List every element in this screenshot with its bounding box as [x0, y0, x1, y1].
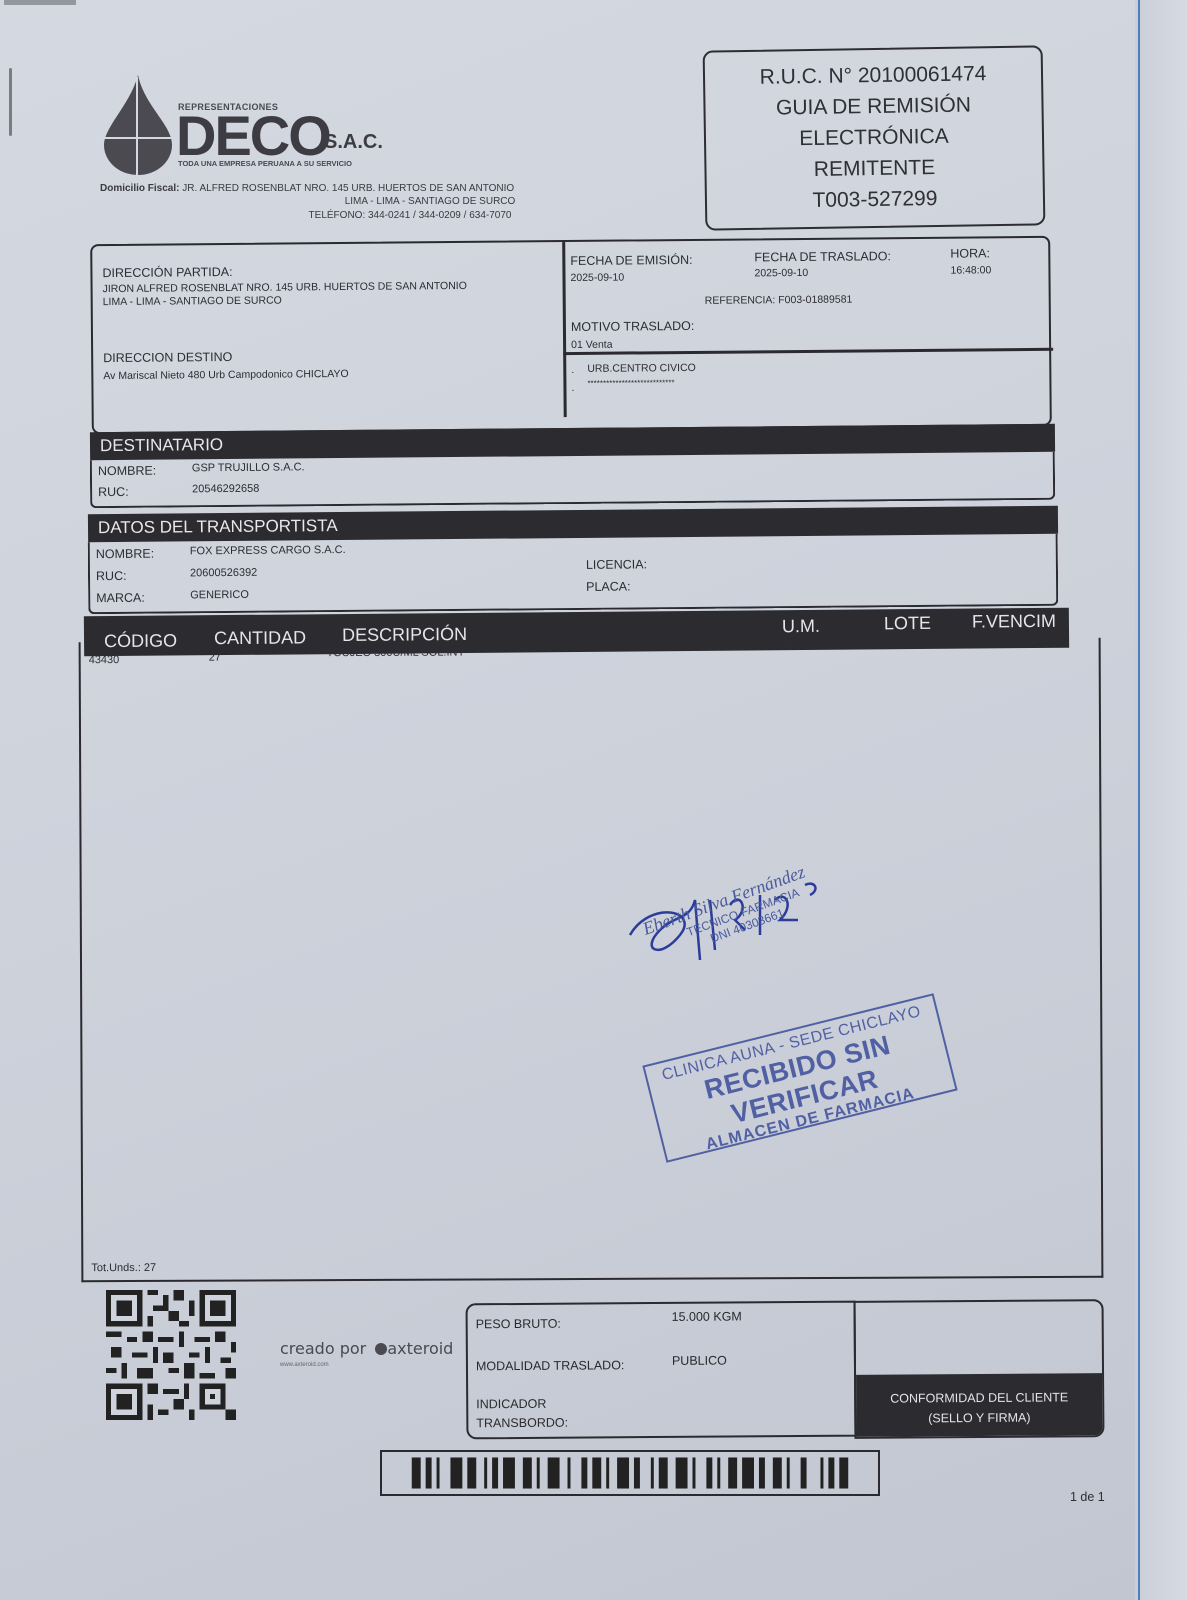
- destino-label: DIRECCION DESTINO: [103, 350, 232, 365]
- col-vencim: F.VENCIM: [972, 611, 1056, 633]
- creator-credit: creado por axteroid: [280, 1339, 453, 1358]
- logo-tagline: TODA UNA EMPRESA PERUANA A SU SERVICIO: [178, 159, 352, 168]
- conformity-line1: CONFORMIDAD DEL CLIENTE: [856, 1387, 1102, 1409]
- fiscal-address-value: JR. ALFRED ROSENBLAT NRO. 145 URB. HUERT…: [182, 183, 514, 194]
- partida-label: DIRECCIÓN PARTIDA:: [102, 265, 232, 280]
- partida-line2: LIMA - LIMA - SANTIAGO DE SURCO: [103, 295, 282, 309]
- axteroid-brand: axteroid: [387, 1339, 453, 1358]
- hora-label: HORA:: [950, 246, 990, 260]
- bullet: .: [571, 382, 574, 394]
- motivo-value: 01 Venta: [571, 339, 613, 351]
- document-id-box: R.U.C. N° 20100061474 GUIA DE REMISIÓN E…: [703, 45, 1046, 230]
- logo-suffix: S.A.C.: [324, 131, 383, 154]
- trans-nombre-value: FOX EXPRESS CARGO S.A.C.: [190, 544, 346, 557]
- item-descripcion: TOUJEO 300U/ML SOL.INY: [327, 647, 465, 660]
- creator-url: www.axteroid.com: [280, 1362, 329, 1368]
- item-codigo: 43430: [89, 654, 120, 666]
- deco-drop-logo-icon: [100, 75, 172, 175]
- trans-marca-value: GENERICO: [190, 589, 249, 602]
- fiscal-city: LIMA - LIMA - SANTIAGO DE SURCO: [300, 196, 560, 207]
- peso-label: PESO BRUTO:: [476, 1317, 561, 1332]
- modalidad-value: PUBLICO: [672, 1354, 727, 1368]
- bullet: .: [571, 364, 574, 376]
- address-dates-box: DIRECCIÓN PARTIDA: JIRON ALFRED ROSENBLA…: [90, 236, 1052, 434]
- partida-line1: JIRON ALFRED ROSENBLAT NRO. 145 URB. HUE…: [103, 280, 467, 295]
- page-number: 1 de 1: [1070, 1490, 1105, 1504]
- destinatario-box: NOMBRE: GSP TRUJILLO S.A.C. RUC: 2054629…: [90, 452, 1055, 508]
- trans-ruc-value: 20600526392: [190, 567, 257, 580]
- divider: [562, 242, 566, 417]
- doc-number: T003-527299: [707, 181, 1043, 217]
- conformity-line2: (SELLO Y FIRMA): [856, 1407, 1102, 1429]
- fiscal-label: Domicilio Fiscal:: [100, 183, 179, 194]
- indicador-label1: INDICADOR: [476, 1397, 546, 1411]
- adjacent-paper: [1135, 0, 1187, 1600]
- traslado-label: FECHA DE TRASLADO:: [754, 249, 891, 264]
- paper-edge-line: [1138, 0, 1140, 1600]
- referencia: REFERENCIA: F003-01889581: [705, 294, 853, 307]
- fiscal-address: Domicilio Fiscal: JR. ALFRED ROSENBLAT N…: [100, 183, 620, 194]
- dest-ruc-label: RUC:: [98, 485, 129, 499]
- dest-nombre-label: NOMBRE:: [98, 464, 156, 479]
- urb-value: URB.CENTRO CIVICO: [587, 362, 696, 375]
- axteroid-logo-icon: [375, 1343, 387, 1355]
- logo-name: DECO: [176, 108, 330, 164]
- item-cantidad: 27: [209, 652, 221, 664]
- hora-value: 16:48:00: [950, 264, 991, 276]
- urb-mask: ****************************: [587, 378, 674, 388]
- conformity-label: CONFORMIDAD DEL CLIENTE (SELLO Y FIRMA): [856, 1373, 1102, 1437]
- transportista-box: NOMBRE: FOX EXPRESS CARGO S.A.C. RUC: 20…: [88, 534, 1059, 614]
- trans-marca-label: MARCA:: [96, 591, 145, 605]
- indicador-label2: TRANSBORDO:: [476, 1416, 568, 1431]
- motivo-label: MOTIVO TRASLADO:: [571, 319, 695, 334]
- barcode-icon: [380, 1450, 880, 1496]
- peso-value: 15.000 KGM: [672, 1309, 742, 1323]
- staple: [9, 68, 12, 136]
- paper-edge-strip: [4, 0, 76, 5]
- dest-nombre-value: GSP TRUJILLO S.A.C.: [192, 461, 305, 474]
- creado-por-text: creado por: [280, 1339, 366, 1358]
- modalidad-label: MODALIDAD TRASLADO:: [476, 1358, 625, 1373]
- item-um: NIU: [781, 639, 800, 651]
- trans-ruc-label: RUC:: [96, 569, 127, 583]
- traslado-value: 2025-09-10: [754, 267, 808, 279]
- dest-ruc-value: 20546292658: [192, 483, 259, 496]
- item-vencim: 03/2027: [999, 635, 1039, 647]
- transport-info-box: PESO BRUTO: 15.000 KGM MODALIDAD TRASLAD…: [466, 1301, 857, 1440]
- fiscal-phone: TELÉFONO: 344-0241 / 344-0209 / 634-7070: [280, 210, 540, 221]
- trans-nombre-label: NOMBRE:: [96, 547, 154, 562]
- emision-label: FECHA DE EMISIÓN:: [570, 253, 692, 268]
- destino-value: Av Mariscal Nieto 480 Urb Campodonico CH…: [103, 368, 348, 382]
- item-lote: 4F284A: [905, 636, 944, 648]
- client-conformity-box: CONFORMIDAD DEL CLIENTE (SELLO Y FIRMA): [854, 1299, 1105, 1439]
- licencia-label: LICENCIA:: [586, 557, 647, 572]
- divider: [563, 348, 1053, 355]
- placa-label: PLACA:: [586, 579, 631, 593]
- emision-value: 2025-09-10: [570, 272, 624, 284]
- total-units: Tot.Unds.: 27: [91, 1262, 156, 1274]
- qr-code-icon: [106, 1290, 236, 1420]
- col-lote: LOTE: [884, 613, 931, 634]
- col-um: U.M.: [782, 616, 820, 637]
